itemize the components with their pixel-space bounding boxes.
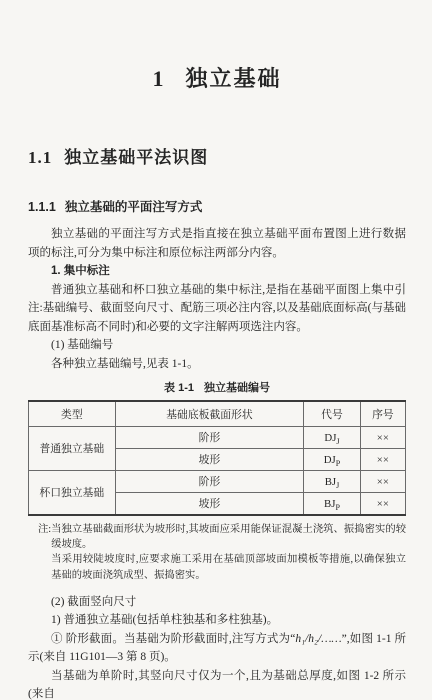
table-header-row: 类型 基础底板截面形状 代号 序号 bbox=[29, 401, 406, 427]
code-base: DJ bbox=[324, 432, 336, 444]
cell-serial: ×× bbox=[360, 471, 405, 493]
cell-serial: ×× bbox=[360, 493, 405, 516]
code-base: DJ bbox=[324, 454, 336, 466]
table-note: 注: 当独立基础截面形状为坡形时,其坡面应采用能保证混凝土浇筑、振捣密实的较缓坡… bbox=[28, 522, 406, 583]
table-caption-number: 表 1-1 bbox=[164, 382, 194, 394]
height-notation-formula: h₁/h₂/…… bbox=[295, 633, 341, 645]
cell-serial: ×× bbox=[360, 427, 405, 449]
paragraph-stepped-section: ① 阶形截面。当基础为阶形截面时,注写方式为“h₁/h₂/……”,如图 1-1 … bbox=[28, 630, 406, 667]
paragraph-intro: 独立基础的平面注写方式是指直接在独立基础平面布置图上进行数据项的标注,可分为集中… bbox=[28, 225, 406, 262]
paragraph-single-step: 当基础为单阶时,其竖向尺寸仅为一个,且为基础总厚度,如图 1-2 所示(来自 bbox=[28, 667, 406, 700]
section-vertical-dimensions: (2) 截面竖向尺寸 1) 普通独立基础(包括单柱独基和多柱独基)。 ① 阶形截… bbox=[28, 593, 406, 700]
subsection-title: 1.1.1独立基础的平面注写方式 bbox=[28, 168, 406, 215]
cell-shape: 阶形 bbox=[115, 471, 304, 493]
cell-shape: 坡形 bbox=[115, 493, 304, 516]
cell-type-ordinary: 普通独立基础 bbox=[29, 427, 116, 471]
header-code: 代号 bbox=[304, 401, 361, 427]
code-base: BJ bbox=[324, 498, 335, 510]
cell-shape: 坡形 bbox=[115, 449, 304, 471]
cell-code: DJP bbox=[304, 449, 361, 471]
cell-code: BJP bbox=[304, 493, 361, 516]
chapter-title: 1独立基础 bbox=[28, 0, 406, 93]
stepped-text-pre: ① 阶形截面。当基础为阶形截面时,注写方式为“ bbox=[51, 633, 295, 645]
cell-serial: ×× bbox=[360, 449, 405, 471]
paragraph-see-table: 各种独立基础编号,见表 1-1。 bbox=[28, 355, 406, 374]
table-caption: 表 1-1独立基础编号 bbox=[28, 379, 406, 395]
list-item-foundation-number: (1) 基础编号 bbox=[28, 336, 406, 355]
table-note-label: 注: bbox=[38, 522, 51, 583]
section-name: 独立基础平法识图 bbox=[64, 148, 208, 167]
subsection-name: 独立基础的平面注写方式 bbox=[65, 200, 203, 214]
cell-type-cup: 杯口独立基础 bbox=[29, 471, 116, 516]
body-text: 独立基础的平面注写方式是指直接在独立基础平面布置图上进行数据项的标注,可分为集中… bbox=[28, 225, 406, 700]
section-number: 1.1 bbox=[28, 148, 52, 167]
section-title: 1.1独立基础平法识图 bbox=[28, 93, 406, 168]
chapter-number: 1 bbox=[152, 66, 165, 91]
document-page: 1独立基础 1.1独立基础平法识图 1.1.1独立基础的平面注写方式 独立基础的… bbox=[0, 0, 432, 700]
cell-code: BJJ bbox=[304, 471, 361, 493]
header-type: 类型 bbox=[29, 401, 116, 427]
table-note-line: 当采用较陡坡度时,应要求施工采用在基础顶部坡面加模板等措施,以确保独立基础的坡面… bbox=[51, 552, 406, 582]
cell-code: DJJ bbox=[304, 427, 361, 449]
code-subscript: J bbox=[336, 437, 339, 446]
table-row: 普通独立基础 阶形 DJJ ×× bbox=[29, 427, 406, 449]
header-shape: 基础底板截面形状 bbox=[115, 401, 304, 427]
cell-shape: 阶形 bbox=[115, 427, 304, 449]
list-item-section-dimension: (2) 截面竖向尺寸 bbox=[28, 593, 406, 612]
code-subscript: P bbox=[335, 503, 339, 512]
table-note-line: 当独立基础截面形状为坡形时,其坡面应采用能保证混凝土浇筑、振捣密实的较缓坡度。 bbox=[51, 522, 406, 552]
list-item-ordinary-foundation: 1) 普通独立基础(包括单柱独基和多柱独基)。 bbox=[28, 611, 406, 630]
chapter-name: 独立基础 bbox=[185, 66, 281, 91]
foundation-number-table: 类型 基础底板截面形状 代号 序号 普通独立基础 阶形 DJJ ×× 坡形 DJ… bbox=[28, 400, 406, 516]
code-base: BJ bbox=[325, 476, 336, 488]
table-note-body: 当独立基础截面形状为坡形时,其坡面应采用能保证混凝土浇筑、振捣密实的较缓坡度。 … bbox=[51, 522, 406, 583]
code-subscript: P bbox=[336, 459, 340, 468]
table-row: 杯口独立基础 阶形 BJJ ×× bbox=[29, 471, 406, 493]
header-serial: 序号 bbox=[360, 401, 405, 427]
code-subscript: J bbox=[336, 481, 339, 490]
table-caption-title: 独立基础编号 bbox=[204, 382, 270, 394]
paragraph-concentrated: 普通独立基础和杯口独立基础的集中标注,是指在基础平面图上集中引注:基础编号、截面… bbox=[28, 281, 406, 337]
subsection-number: 1.1.1 bbox=[28, 200, 56, 214]
subhead-concentrated-annotation: 1. 集中标注 bbox=[28, 262, 406, 281]
